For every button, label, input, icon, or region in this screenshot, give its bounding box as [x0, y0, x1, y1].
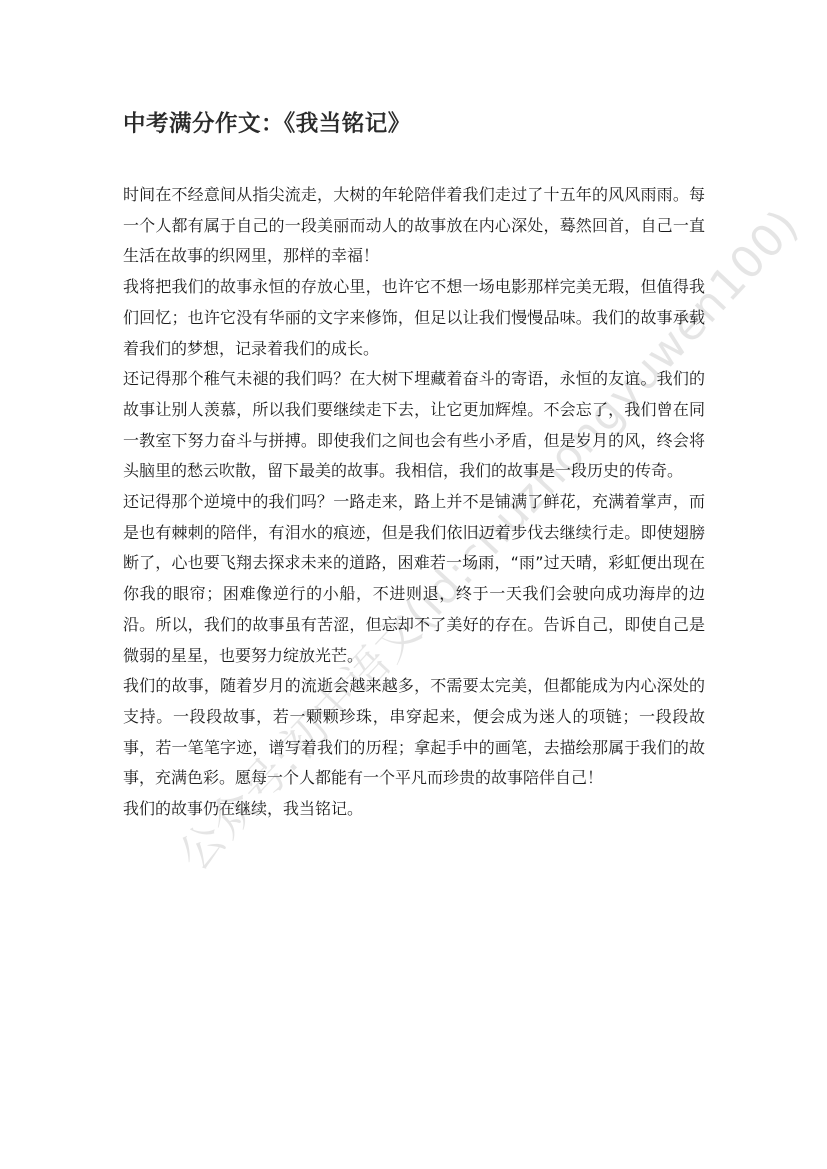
essay-body: 时间在不经意间从指尖流走，大树的年轮陪伴着我们走过了十五年的风风雨雨。每一个人都…: [123, 180, 705, 825]
paragraph: 还记得那个逆境中的我们吗？一路走来，路上并不是铺满了鲜花，充满着掌声，而是也有棘…: [123, 487, 705, 671]
paragraph: 我将把我们的故事永恒的存放心里，也许它不想一场电影那样完美无瑕，但值得我们回忆；…: [123, 272, 705, 364]
document-page: 中考满分作文：《我当铭记》 时间在不经意间从指尖流走，大树的年轮陪伴着我们走过了…: [0, 0, 827, 1169]
paragraph: 我们的故事，随着岁月的流逝会越来越多，不需要太完美，但都能成为内心深处的支持。一…: [123, 671, 705, 794]
paragraph: 时间在不经意间从指尖流走，大树的年轮陪伴着我们走过了十五年的风风雨雨。每一个人都…: [123, 180, 705, 272]
paragraph: 还记得那个稚气未褪的我们吗？在大树下埋藏着奋斗的寄语，永恒的友谊。我们的故事让别…: [123, 364, 705, 487]
paragraph: 我们的故事仍在继续，我当铭记。: [123, 794, 705, 825]
document-title: 中考满分作文：《我当铭记》: [123, 108, 411, 140]
